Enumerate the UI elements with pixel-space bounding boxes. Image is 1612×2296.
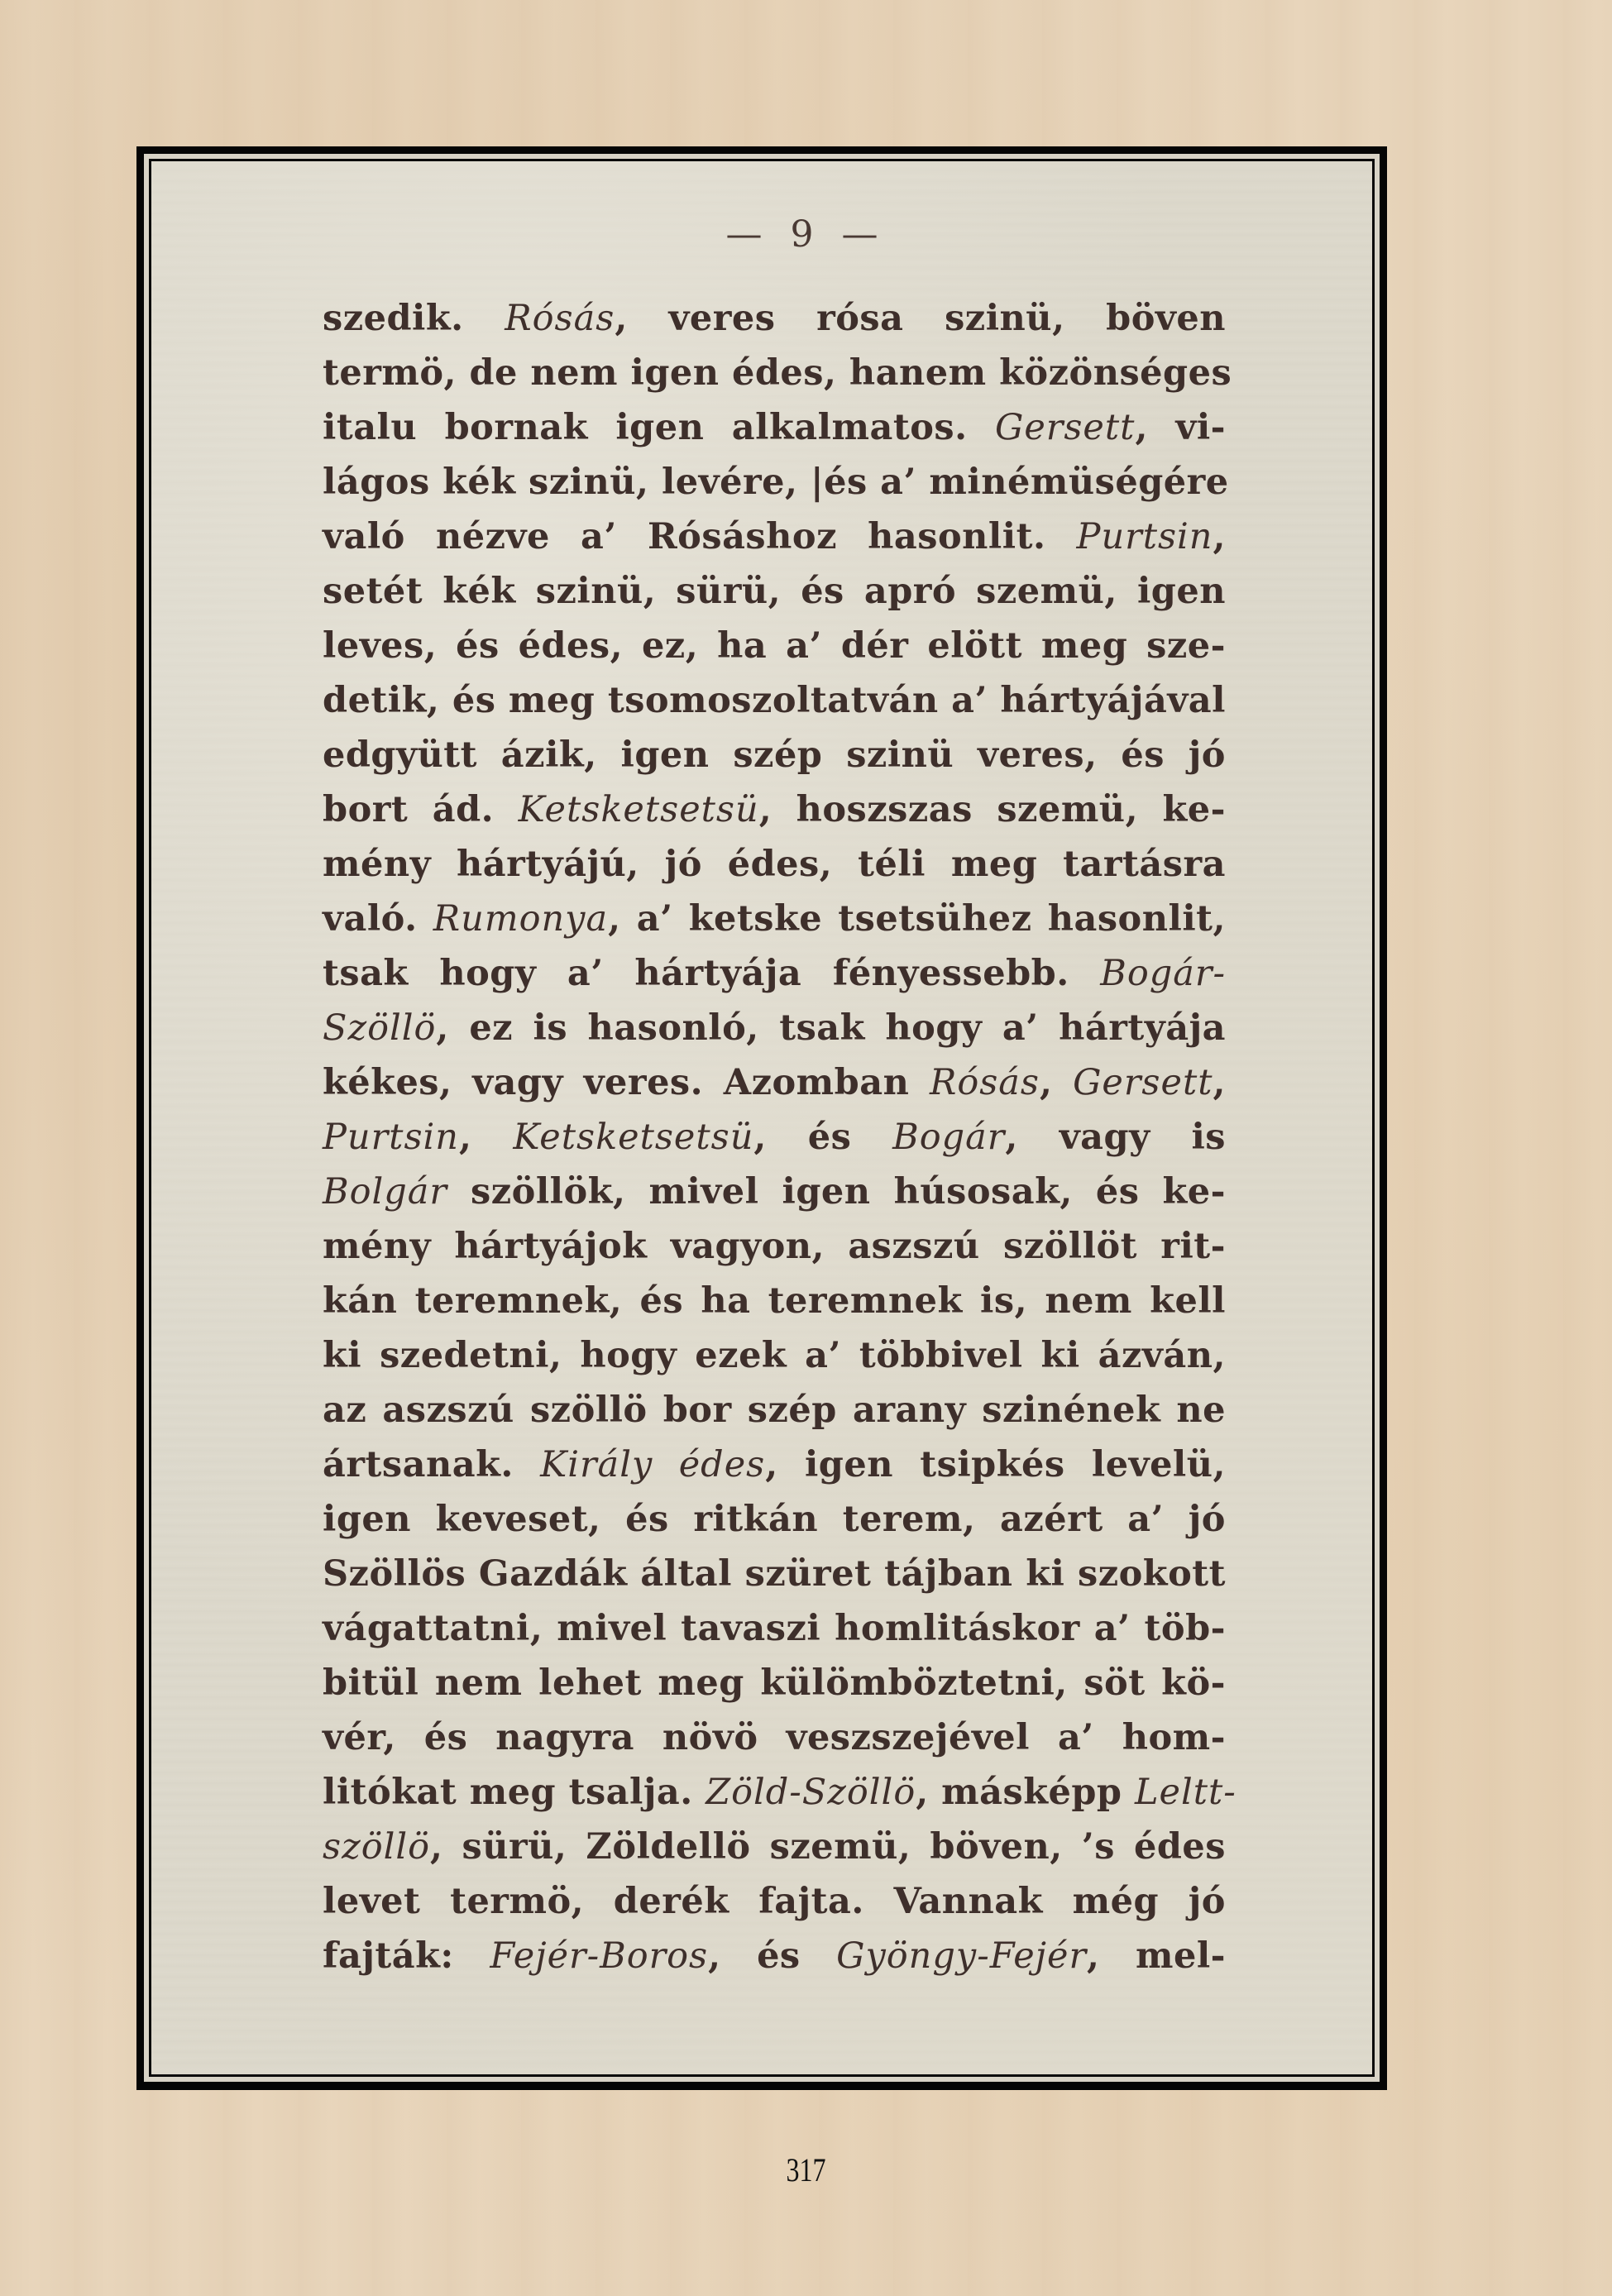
text-run: , hoszszas szemü, ke-: [759, 789, 1226, 830]
italic-term: Szöllö: [323, 1007, 436, 1049]
text-line: italu bornak igen alkalmatos. Gersett, v…: [323, 400, 1226, 455]
text-run: Szöllös Gazdák által szüret tájban ki sz…: [323, 1553, 1226, 1595]
text-run: szedik.: [323, 298, 505, 339]
page-number: 317: [161, 2150, 1451, 2189]
text-line: ki szedetni, hogy ezek a’ többivel ki áz…: [323, 1328, 1226, 1383]
text-run: , sürü, Zöldellö szemü, böven, ’s édes: [430, 1826, 1226, 1868]
text-run: detik, és meg tsomoszoltatván a’ hártyáj…: [323, 680, 1226, 721]
text-run: ki szedetni, hogy ezek a’ többivel ki áz…: [323, 1335, 1226, 1376]
text-line: vér, és nagyra növö veszszejével a’ hom-: [323, 1710, 1226, 1765]
text-run: , vagy is: [1005, 1117, 1226, 1158]
text-line: levet termö, derék fajta. Vannak még jó: [323, 1874, 1226, 1929]
text-run: , vi-: [1135, 407, 1226, 448]
text-line: Szöllö, ez is hasonló, tsak hogy a’ hárt…: [323, 1001, 1226, 1055]
text-line: szöllö, sürü, Zöldellö szemü, böven, ’s …: [323, 1820, 1226, 1874]
text-run: , mel-: [1087, 1935, 1226, 1977]
text-line: való nézve a’ Rósáshoz hasonlit. Purtsin…: [323, 509, 1226, 564]
italic-term: Gyöngy-Fejér: [836, 1935, 1087, 1977]
text-run: , és: [753, 1117, 892, 1158]
italic-term: Ketsketsetsü: [519, 789, 759, 830]
text-run: bitül nem lehet meg külömböztetni, söt k…: [323, 1662, 1226, 1704]
text-run: , és: [708, 1935, 836, 1977]
text-run: litókat meg tsalja.: [323, 1772, 706, 1813]
text-line: mény hártyájok vagyon, aszszú szöllöt ri…: [323, 1219, 1226, 1274]
text-run: , igen tsipkés levelü,: [765, 1444, 1226, 1485]
running-head-page-number: — 9 —: [0, 213, 1612, 256]
text-run: levet termö, derék fajta. Vannak még jó: [323, 1881, 1226, 1922]
text-run: tsak hogy a’ hártyája fényessebb.: [323, 953, 1100, 994]
text-run: szöllök, mivel igen húsosak, és ke-: [447, 1171, 1226, 1213]
text-run: mény hártyájok vagyon, aszszú szöllöt ri…: [323, 1226, 1226, 1267]
text-run: vágattatni, mivel tavaszi homlitáskor a’…: [323, 1608, 1226, 1649]
text-line: igen keveset, és ritkán terem, azért a’ …: [323, 1492, 1226, 1547]
text-line: detik, és meg tsomoszoltatván a’ hártyáj…: [323, 673, 1226, 728]
text-run: , másképp: [916, 1772, 1135, 1813]
italic-term: Gersett: [995, 407, 1135, 448]
text-run: italu bornak igen alkalmatos.: [323, 407, 995, 448]
italic-term: Rumonya: [433, 898, 608, 940]
text-line: Szöllös Gazdák által szüret tájban ki sz…: [323, 1547, 1226, 1601]
text-line: vágattatni, mivel tavaszi homlitáskor a’…: [323, 1601, 1226, 1656]
text-line: kán teremnek, és ha teremnek is, nem kel…: [323, 1274, 1226, 1328]
text-line: lágos kék szinü, levére, |és a’ minémüsé…: [323, 455, 1226, 509]
text-run: , ez is hasonló, tsak hogy a’ hártyája: [436, 1007, 1226, 1049]
text-line: szedik. Rósás, veres rósa szinü, böven: [323, 291, 1226, 346]
text-run: leves, és édes, ez, ha a’ dér elött meg …: [323, 625, 1226, 667]
text-run: lágos kék szinü, levére, |és a’ minémüsé…: [323, 462, 1229, 503]
italic-term: Zöld-Szöllö: [706, 1772, 916, 1813]
text-line: leves, és édes, ez, ha a’ dér elött meg …: [323, 619, 1226, 673]
text-line: való. Rumonya, a’ ketske tsetsühez hason…: [323, 892, 1226, 946]
italic-term: Bogár-: [1100, 953, 1226, 994]
text-line: termö, de nem igen édes, hanem közönsége…: [323, 346, 1226, 400]
italic-term: Ketsketsetsü: [513, 1117, 753, 1158]
italic-term: Gersett: [1073, 1062, 1213, 1103]
text-run: , a’ ketske tsetsühez hasonlit,: [608, 898, 1226, 940]
text-line: mény hártyájú, jó édes, téli meg tartásr…: [323, 837, 1226, 892]
italic-term: szöllö: [323, 1826, 430, 1868]
italic-term: Purtsin: [323, 1117, 459, 1158]
text-run: ,: [1213, 516, 1226, 557]
italic-term: Bogár: [892, 1117, 1005, 1158]
text-line: tsak hogy a’ hártyája fényessebb. Bogár-: [323, 946, 1226, 1001]
italic-term: Fejér-Boros: [490, 1935, 708, 1977]
italic-term: Király édes: [540, 1444, 765, 1485]
body-text: szedik. Rósás, veres rósa szinü, bövente…: [323, 291, 1226, 1983]
text-line: ártsanak. Király édes, igen tsipkés leve…: [323, 1437, 1226, 1492]
text-run: igen keveset, és ritkán terem, azért a’ …: [323, 1499, 1226, 1540]
text-run: termö, de nem igen édes, hanem közönsége…: [323, 352, 1232, 394]
text-run: bort ád.: [323, 789, 519, 830]
text-run: ,: [459, 1117, 513, 1158]
text-line: kékes, vagy veres. Azomban Rósás, Gerset…: [323, 1055, 1226, 1110]
text-run: való.: [323, 898, 433, 940]
text-line: setét kék szinü, sürü, és apró szemü, ig…: [323, 564, 1226, 619]
text-line: edgyütt ázik, igen szép szinü veres, és …: [323, 728, 1226, 782]
text-run: kékes, vagy veres. Azomban: [323, 1062, 930, 1103]
italic-term: Leltt-: [1135, 1772, 1237, 1813]
text-line: az aszszú szöllö bor szép arany szinének…: [323, 1383, 1226, 1437]
text-run: setét kék szinü, sürü, és apró szemü, ig…: [323, 571, 1226, 612]
italic-term: Bolgár: [323, 1171, 447, 1213]
text-line: litókat meg tsalja. Zöld-Szöllö, másképp…: [323, 1765, 1226, 1820]
text-run: kán teremnek, és ha teremnek is, nem kel…: [323, 1280, 1226, 1322]
text-run: vér, és nagyra növö veszszejével a’ hom-: [323, 1717, 1226, 1758]
text-run: ártsanak.: [323, 1444, 540, 1485]
text-line: bort ád. Ketsketsetsü, hoszszas szemü, k…: [323, 782, 1226, 837]
text-run: az aszszú szöllö bor szép arany szinének…: [323, 1390, 1226, 1431]
text-run: fajták:: [323, 1935, 490, 1977]
text-line: fajták: Fejér-Boros, és Gyöngy-Fejér, me…: [323, 1929, 1226, 1983]
text-run: edgyütt ázik, igen szép szinü veres, és …: [323, 734, 1226, 776]
italic-term: Rósás: [930, 1062, 1040, 1103]
text-run: való nézve a’ Rósáshoz hasonlit.: [323, 516, 1077, 557]
text-run: , veres rósa szinü, böven: [615, 298, 1226, 339]
text-line: Bolgár szöllök, mivel igen húsosak, és k…: [323, 1165, 1226, 1219]
text-line: bitül nem lehet meg külömböztetni, söt k…: [323, 1656, 1226, 1710]
italic-term: Rósás: [505, 298, 615, 339]
text-run: ,: [1213, 1062, 1226, 1103]
text-run: mény hártyájú, jó édes, téli meg tartásr…: [323, 844, 1226, 885]
text-line: Purtsin, Ketsketsetsü, és Bogár, vagy is: [323, 1110, 1226, 1165]
italic-term: Purtsin: [1077, 516, 1213, 557]
text-run: ,: [1040, 1062, 1073, 1103]
